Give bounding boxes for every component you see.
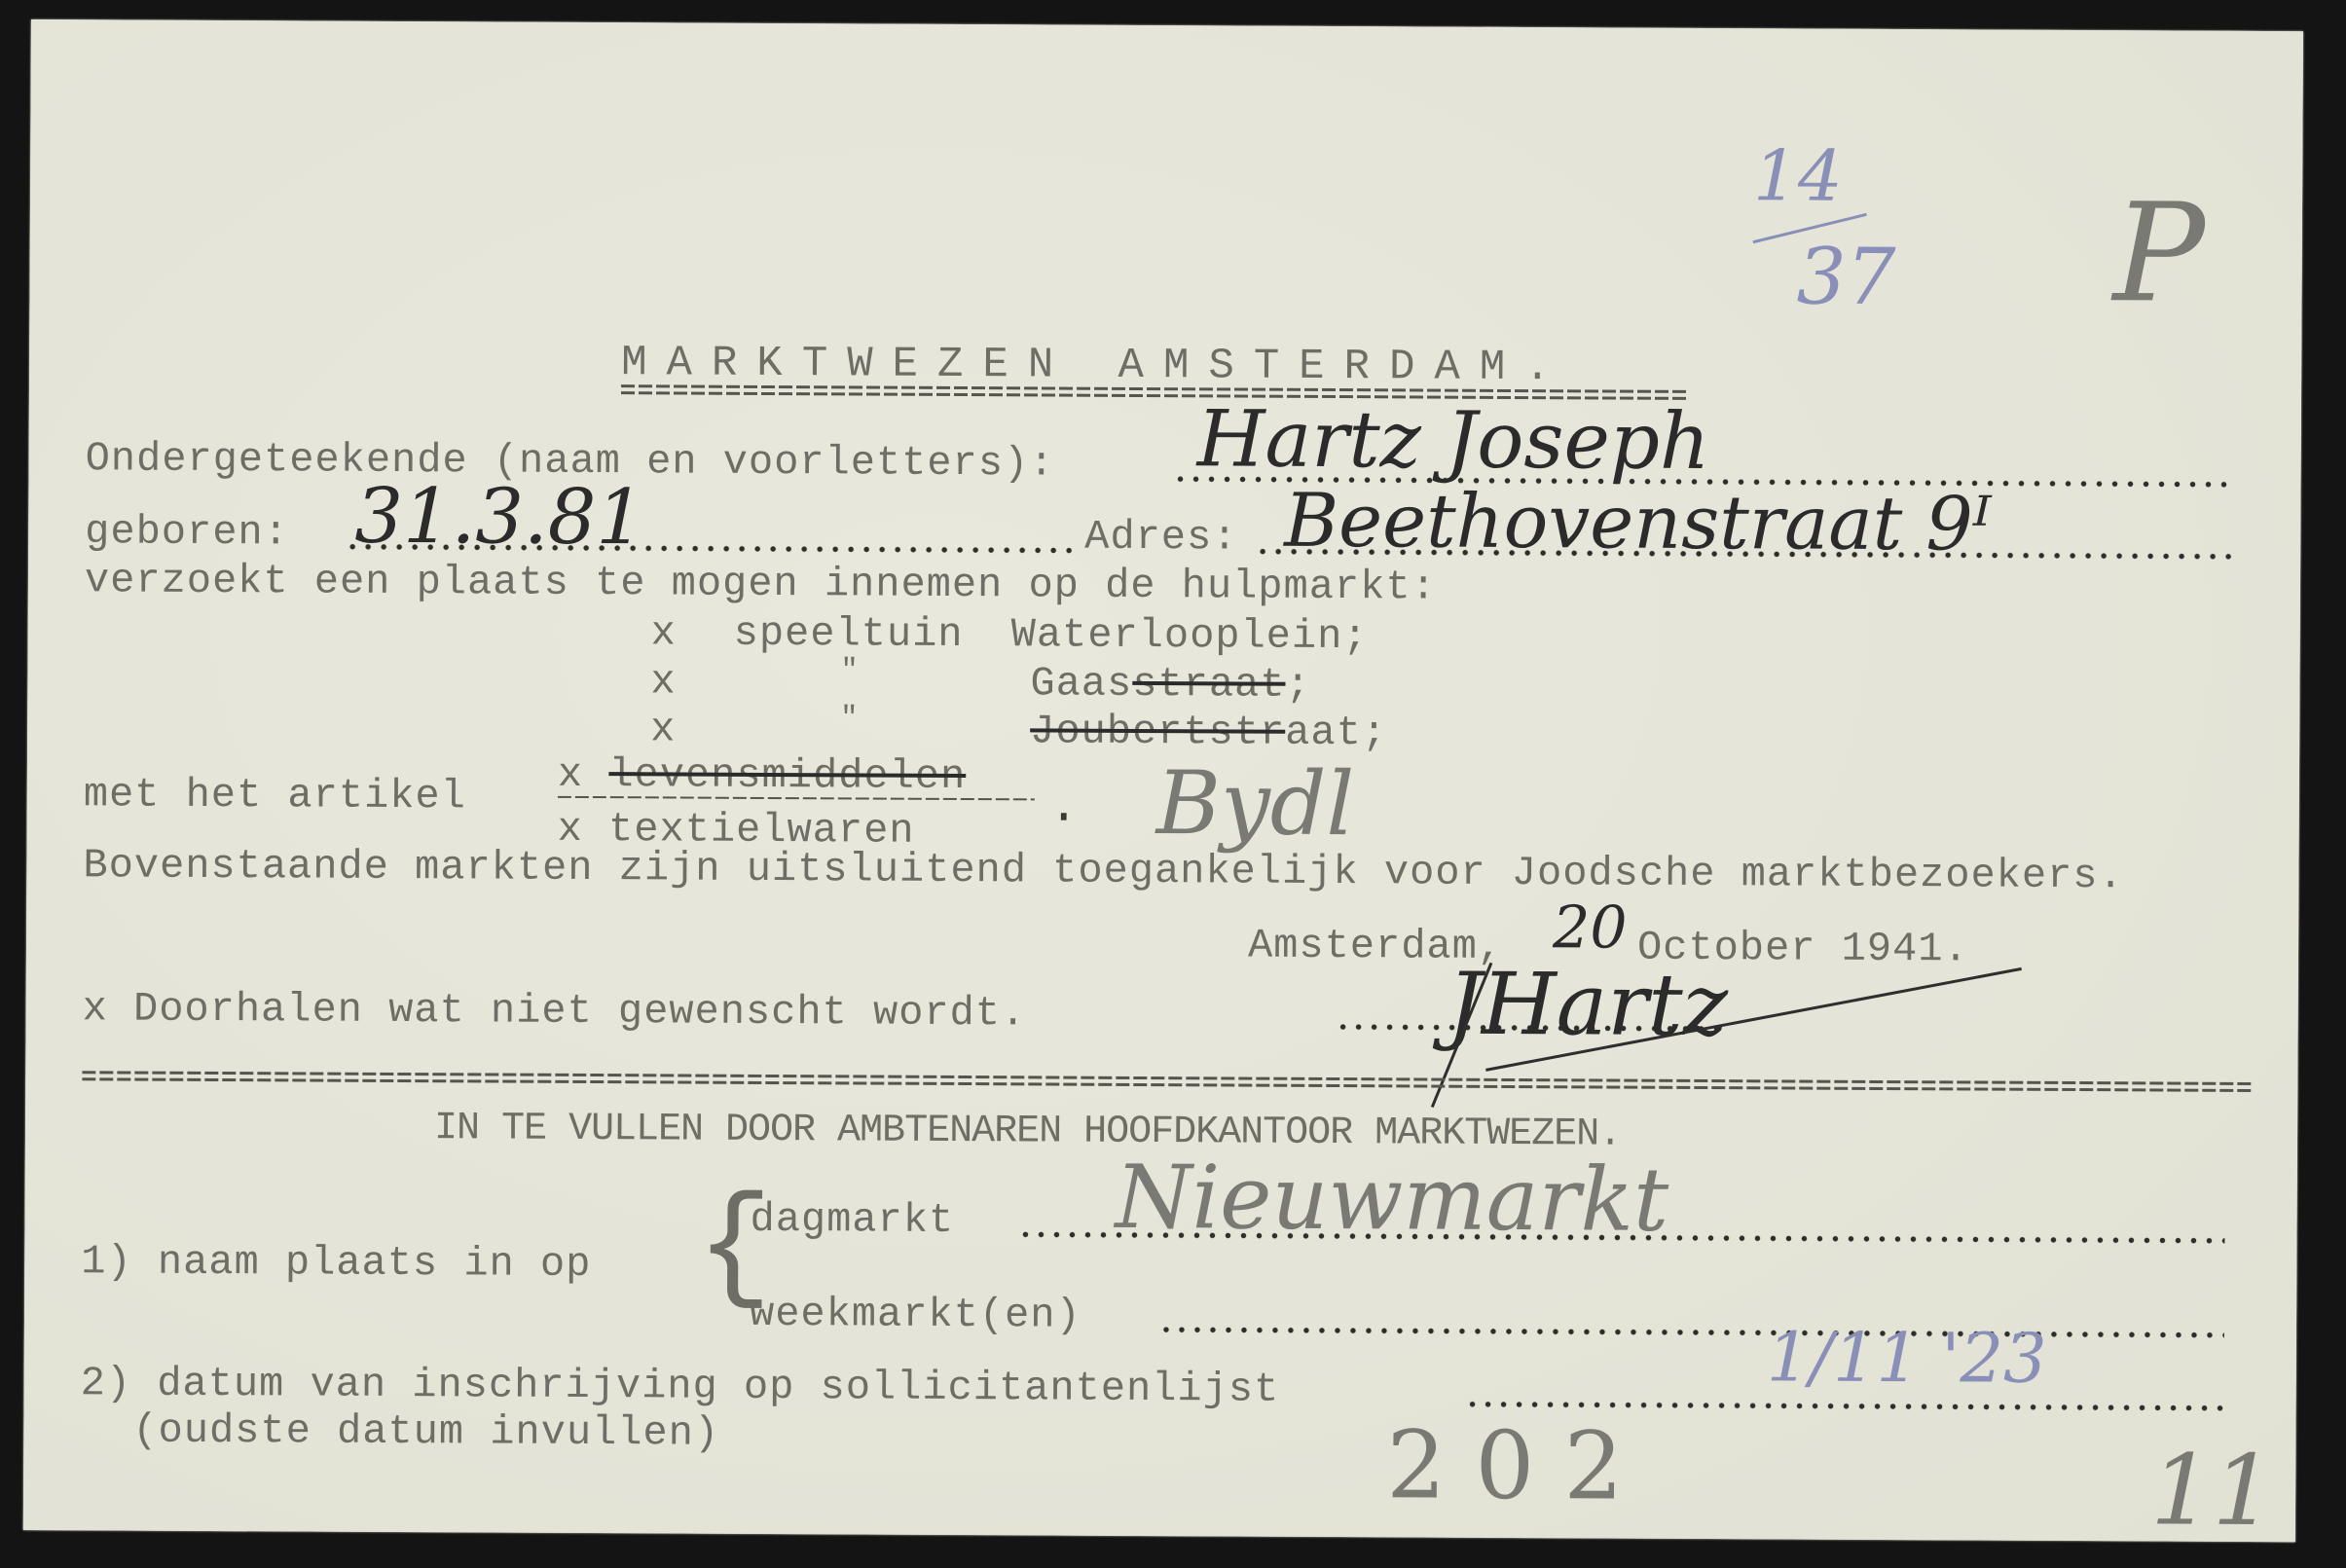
item1-label: 1) naam plaats in op: [81, 1241, 591, 1285]
market-1-prefix: speeltuin: [734, 613, 964, 655]
market-3-name: Joubertstraat;: [1030, 711, 1387, 753]
article-label: met het artikel: [84, 774, 466, 817]
document-card: 14 37 P MARKTWEZEN AMSTERDAM. Ondergetee…: [23, 19, 2303, 1542]
market-2-marker: x: [650, 661, 676, 702]
market-2-name: Gaasstraat;: [1030, 663, 1310, 706]
article-option-1: x levensmiddelen: [558, 754, 967, 797]
item2-value: 1/11 '23: [1767, 1323, 2047, 1393]
request-text: verzoekt een plaats te mogen innemen op …: [85, 560, 1437, 607]
address-value: Beethovenstraat 9ᴵ: [1284, 484, 1992, 562]
item2-note: (oudste datum invullen): [132, 1410, 719, 1454]
article-annotation: Bydl: [1156, 760, 1355, 849]
reference-number: 202: [1386, 1418, 1653, 1513]
market-3-suffix: aat;: [1285, 710, 1387, 757]
name-value: Hartz Joseph: [1197, 400, 1710, 481]
born-value: 31.3.81: [354, 479, 644, 557]
document-title: MARKTWEZEN AMSTERDAM.: [621, 342, 1570, 389]
fraction-bottom: 37: [1796, 238, 1895, 317]
article-option-1-text: levensmiddelen: [608, 751, 966, 800]
market-2-prefix: ": [840, 656, 859, 685]
weekmarkt-label: weekmarkt(en): [750, 1294, 1081, 1336]
article-period: .: [1049, 784, 1080, 832]
dagmarkt-label: dagmarkt: [750, 1199, 954, 1241]
market-1-marker: x: [651, 612, 677, 653]
notice-text: Bovenstaande markten zijn uitsluitend to…: [83, 845, 2124, 896]
item2-dotted-line: [1465, 1402, 2224, 1411]
market-2-suffix: ;: [1285, 662, 1310, 709]
fraction-top: 14: [1753, 140, 1843, 210]
market-3-struck-text: Joubertstr: [1030, 708, 1285, 755]
date-day: 20: [1553, 898, 1628, 957]
weekmarkt-dotted-line: [1158, 1327, 2224, 1338]
dagmarkt-value: Nieuwmarkt: [1115, 1154, 1668, 1245]
market-1-name: Waterlooplein;: [1011, 614, 1369, 657]
market-3-marker: x: [650, 709, 676, 749]
item2-label: 2) datum van inschrijving op sollicitant…: [81, 1363, 1280, 1409]
article-option-1-marker: x: [558, 751, 583, 798]
footnote-text: x Doorhalen wat niet gewenscht wordt.: [83, 988, 1027, 1034]
signature: JHartz: [1447, 962, 1728, 1049]
born-label: geboren:: [85, 511, 289, 553]
address-label: Adres:: [1084, 517, 1237, 559]
market-3-prefix: ": [840, 704, 859, 733]
market-2-name-text: Gaas: [1030, 660, 1132, 708]
section-divider: [82, 1071, 2253, 1092]
initials-mark: P: [2112, 186, 2205, 322]
market-2-struck-text: straat: [1132, 661, 1285, 709]
bottom-right-mark: 11: [2150, 1441, 2275, 1540]
